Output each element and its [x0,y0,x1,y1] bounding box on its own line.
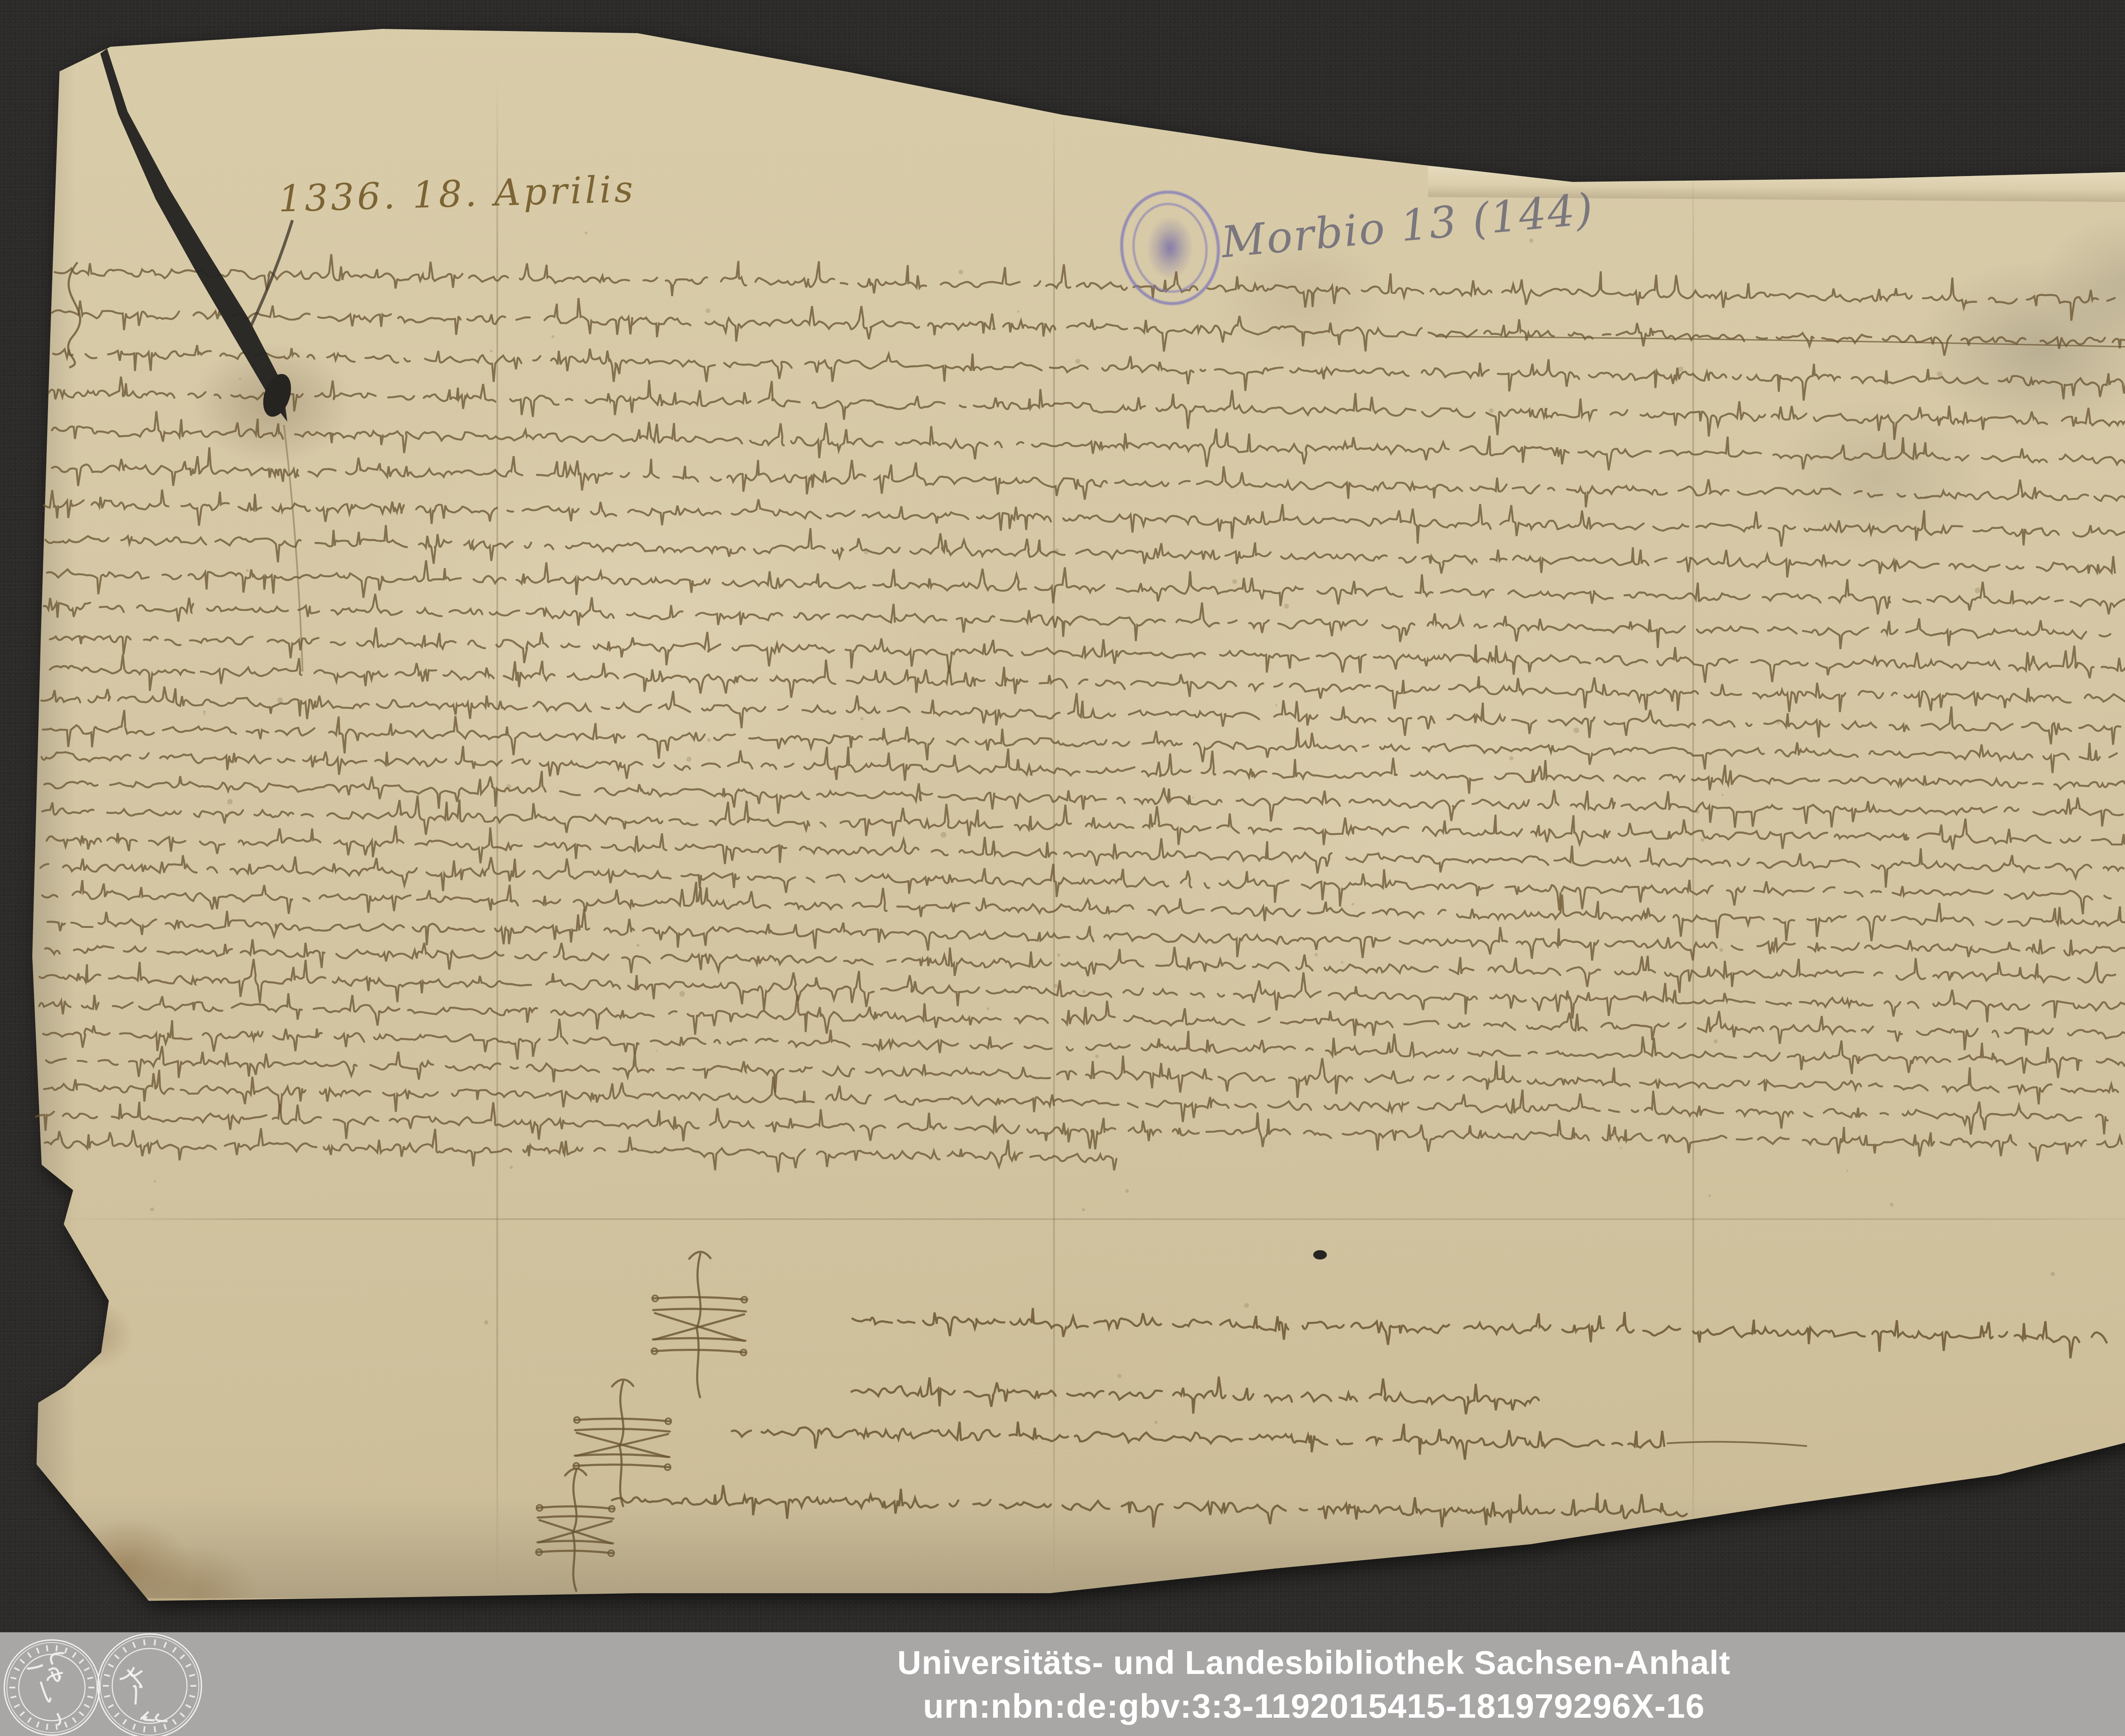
fold-crease [1692,153,1694,1569]
edge-shading [42,1496,2125,1598]
fold-crease [1053,106,1055,1586]
footer-bar: Universitäts- und Landesbibliothek Sachs… [0,1632,2125,1736]
library-name: Universitäts- und Landesbibliothek Sachs… [0,1643,2125,1682]
edge-shading [25,64,76,1577]
archivist-date-annotation: 1336. 18. Aprilis [278,169,602,220]
fold-crease [496,77,498,1590]
parchment-wrapper [0,0,2125,1736]
library-stamp-emblem [1145,215,1194,281]
fold-crease [51,1218,2125,1220]
digitization-stage: 1336. 18. Aprilis Morbio 13 (144) ✕ x-ri… [0,0,2125,1736]
urn-identifier: urn:nbn:de:gbv:3:3-1192015415-181979296X… [0,1687,2125,1726]
parchment-charter [0,0,2125,1736]
footer-text-block: Universitäts- und Landesbibliothek Sachs… [0,1632,2125,1736]
